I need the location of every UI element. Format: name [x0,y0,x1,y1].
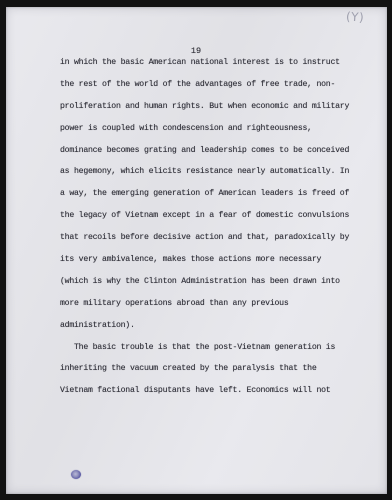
text-line: dominance becomes grating and leadership… [60,140,360,162]
text-line: administration). [60,315,360,337]
text-line: power is coupled with condescension and … [60,118,360,140]
text-line: The basic trouble is that the post-Vietn… [60,337,360,359]
text-line: as hegemony, which elicits resistance ne… [60,161,360,183]
handwritten-annotation: (Y) [346,9,365,24]
scan-background: (Y) 19 in which the basic American natio… [0,0,392,500]
document-page: (Y) 19 in which the basic American natio… [6,7,387,494]
text-line: the rest of the world of the advantages … [60,74,360,96]
text-line: (which is why the Clinton Administration… [60,271,360,293]
text-line: Vietnam factional disputants have left. … [60,380,360,402]
text-line: proliferation and human rights. But when… [60,96,360,118]
text-line: that recoils before decisive action and … [60,227,360,249]
body-text: in which the basic American national int… [60,52,360,402]
blue-stamp-mark [71,470,81,479]
text-line: inheriting the vacuum created by the par… [60,358,360,380]
text-line: more military operations abroad than any… [60,293,360,315]
text-line: its very ambivalence, makes those action… [60,249,360,271]
text-line: the legacy of Vietnam except in a fear o… [60,205,360,227]
text-line: in which the basic American national int… [60,52,360,74]
text-line: a way, the emerging generation of Americ… [60,183,360,205]
